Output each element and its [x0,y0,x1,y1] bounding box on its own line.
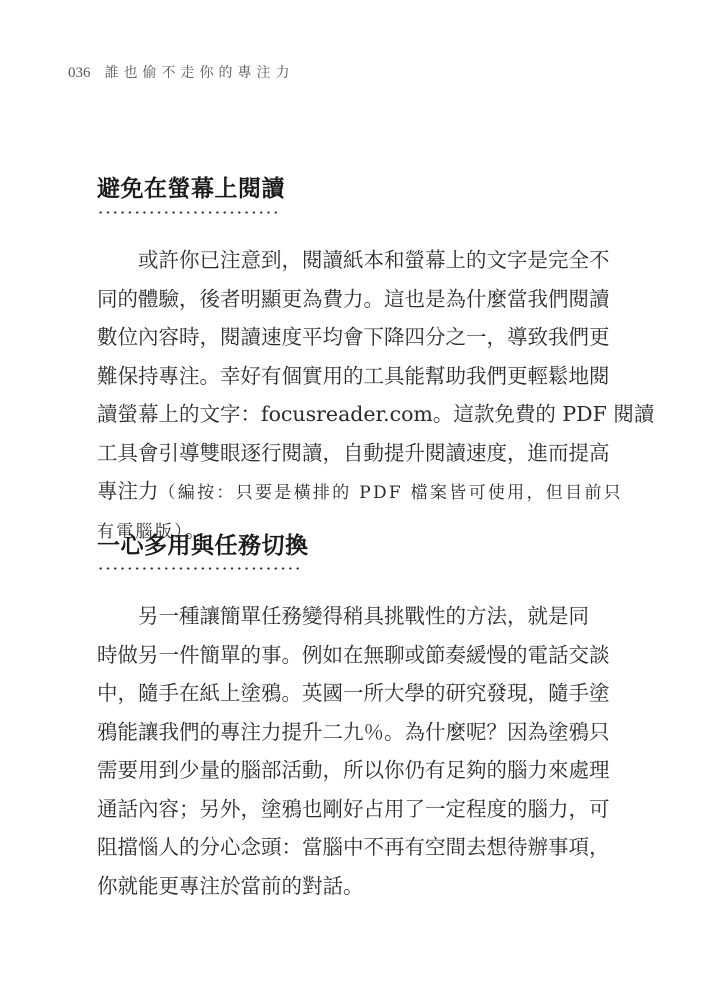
text-segment: 專注力 [97,479,159,503]
text-line: 鴉能讓我們的專注力提升二九％。為什麼呢？因為塗鴉只 [97,713,589,752]
paragraph-multitasking: 另一種讓簡單任務變得稍具挑戰性的方法，就是同 時做另一件簡單的事。例如在無聊或節… [97,597,589,905]
editor-note: （編按：只要是橫排的 PDF 檔案皆可使用，但目前只 [159,483,623,503]
text-line: 阻擋惱人的分心念頭：當腦中不再有空間去想待辦事項， [97,828,589,867]
running-head: 036誰也偷不走你的專注力 [68,62,295,82]
text-line: 讀螢幕上的文字：focusreader.com。這款免費的 PDF 閱讀 [97,395,589,434]
section-heading-multitasking: 一心多用與任務切換 [97,531,309,561]
text-line: 難保持專注。幸好有個實用的工具能幫助我們更輕鬆地閱 [97,357,589,396]
heading-dotted-underline [97,567,303,570]
text-line: 中，隨手在紙上塗鴉。英國一所大學的研究發現，隨手塗 [97,674,589,713]
text-line: 專注力（編按：只要是橫排的 PDF 檔案皆可使用，但目前只 [97,472,589,511]
book-title: 誰也偷不走你的專注力 [105,65,295,81]
text-line: 另一種讓簡單任務變得稍具挑戰性的方法，就是同 [97,597,589,636]
paragraph-screen-reading: 或許你已注意到，閱讀紙本和螢幕上的文字是完全不 同的體驗，後者明顯更為費力。這也… [97,241,589,549]
text-line: 通話內容；另外，塗鴉也剛好占用了一定程度的腦力，可 [97,790,589,829]
page-number: 036 [68,65,91,81]
text-line: 需要用到少量的腦部活動，所以你仍有足夠的腦力來處理 [97,751,589,790]
section-heading-screen-reading: 避免在螢幕上閱讀 [97,174,285,204]
text-line: 你就能更專注於當前的對話。 [97,867,589,906]
text-line: 同的體驗，後者明顯更為費力。這也是為什麼當我們閱讀 [97,280,589,319]
heading-dotted-underline [97,211,281,214]
text-line: 時做另一件簡單的事。例如在無聊或節奏緩慢的電話交談 [97,636,589,675]
text-line: 工具會引導雙眼逐行閱讀，自動提升閱讀速度，進而提高 [97,434,589,473]
text-line: 或許你已注意到，閱讀紙本和螢幕上的文字是完全不 [97,241,589,280]
text-line: 數位內容時，閱讀速度平均會下降四分之一，導致我們更 [97,318,589,357]
